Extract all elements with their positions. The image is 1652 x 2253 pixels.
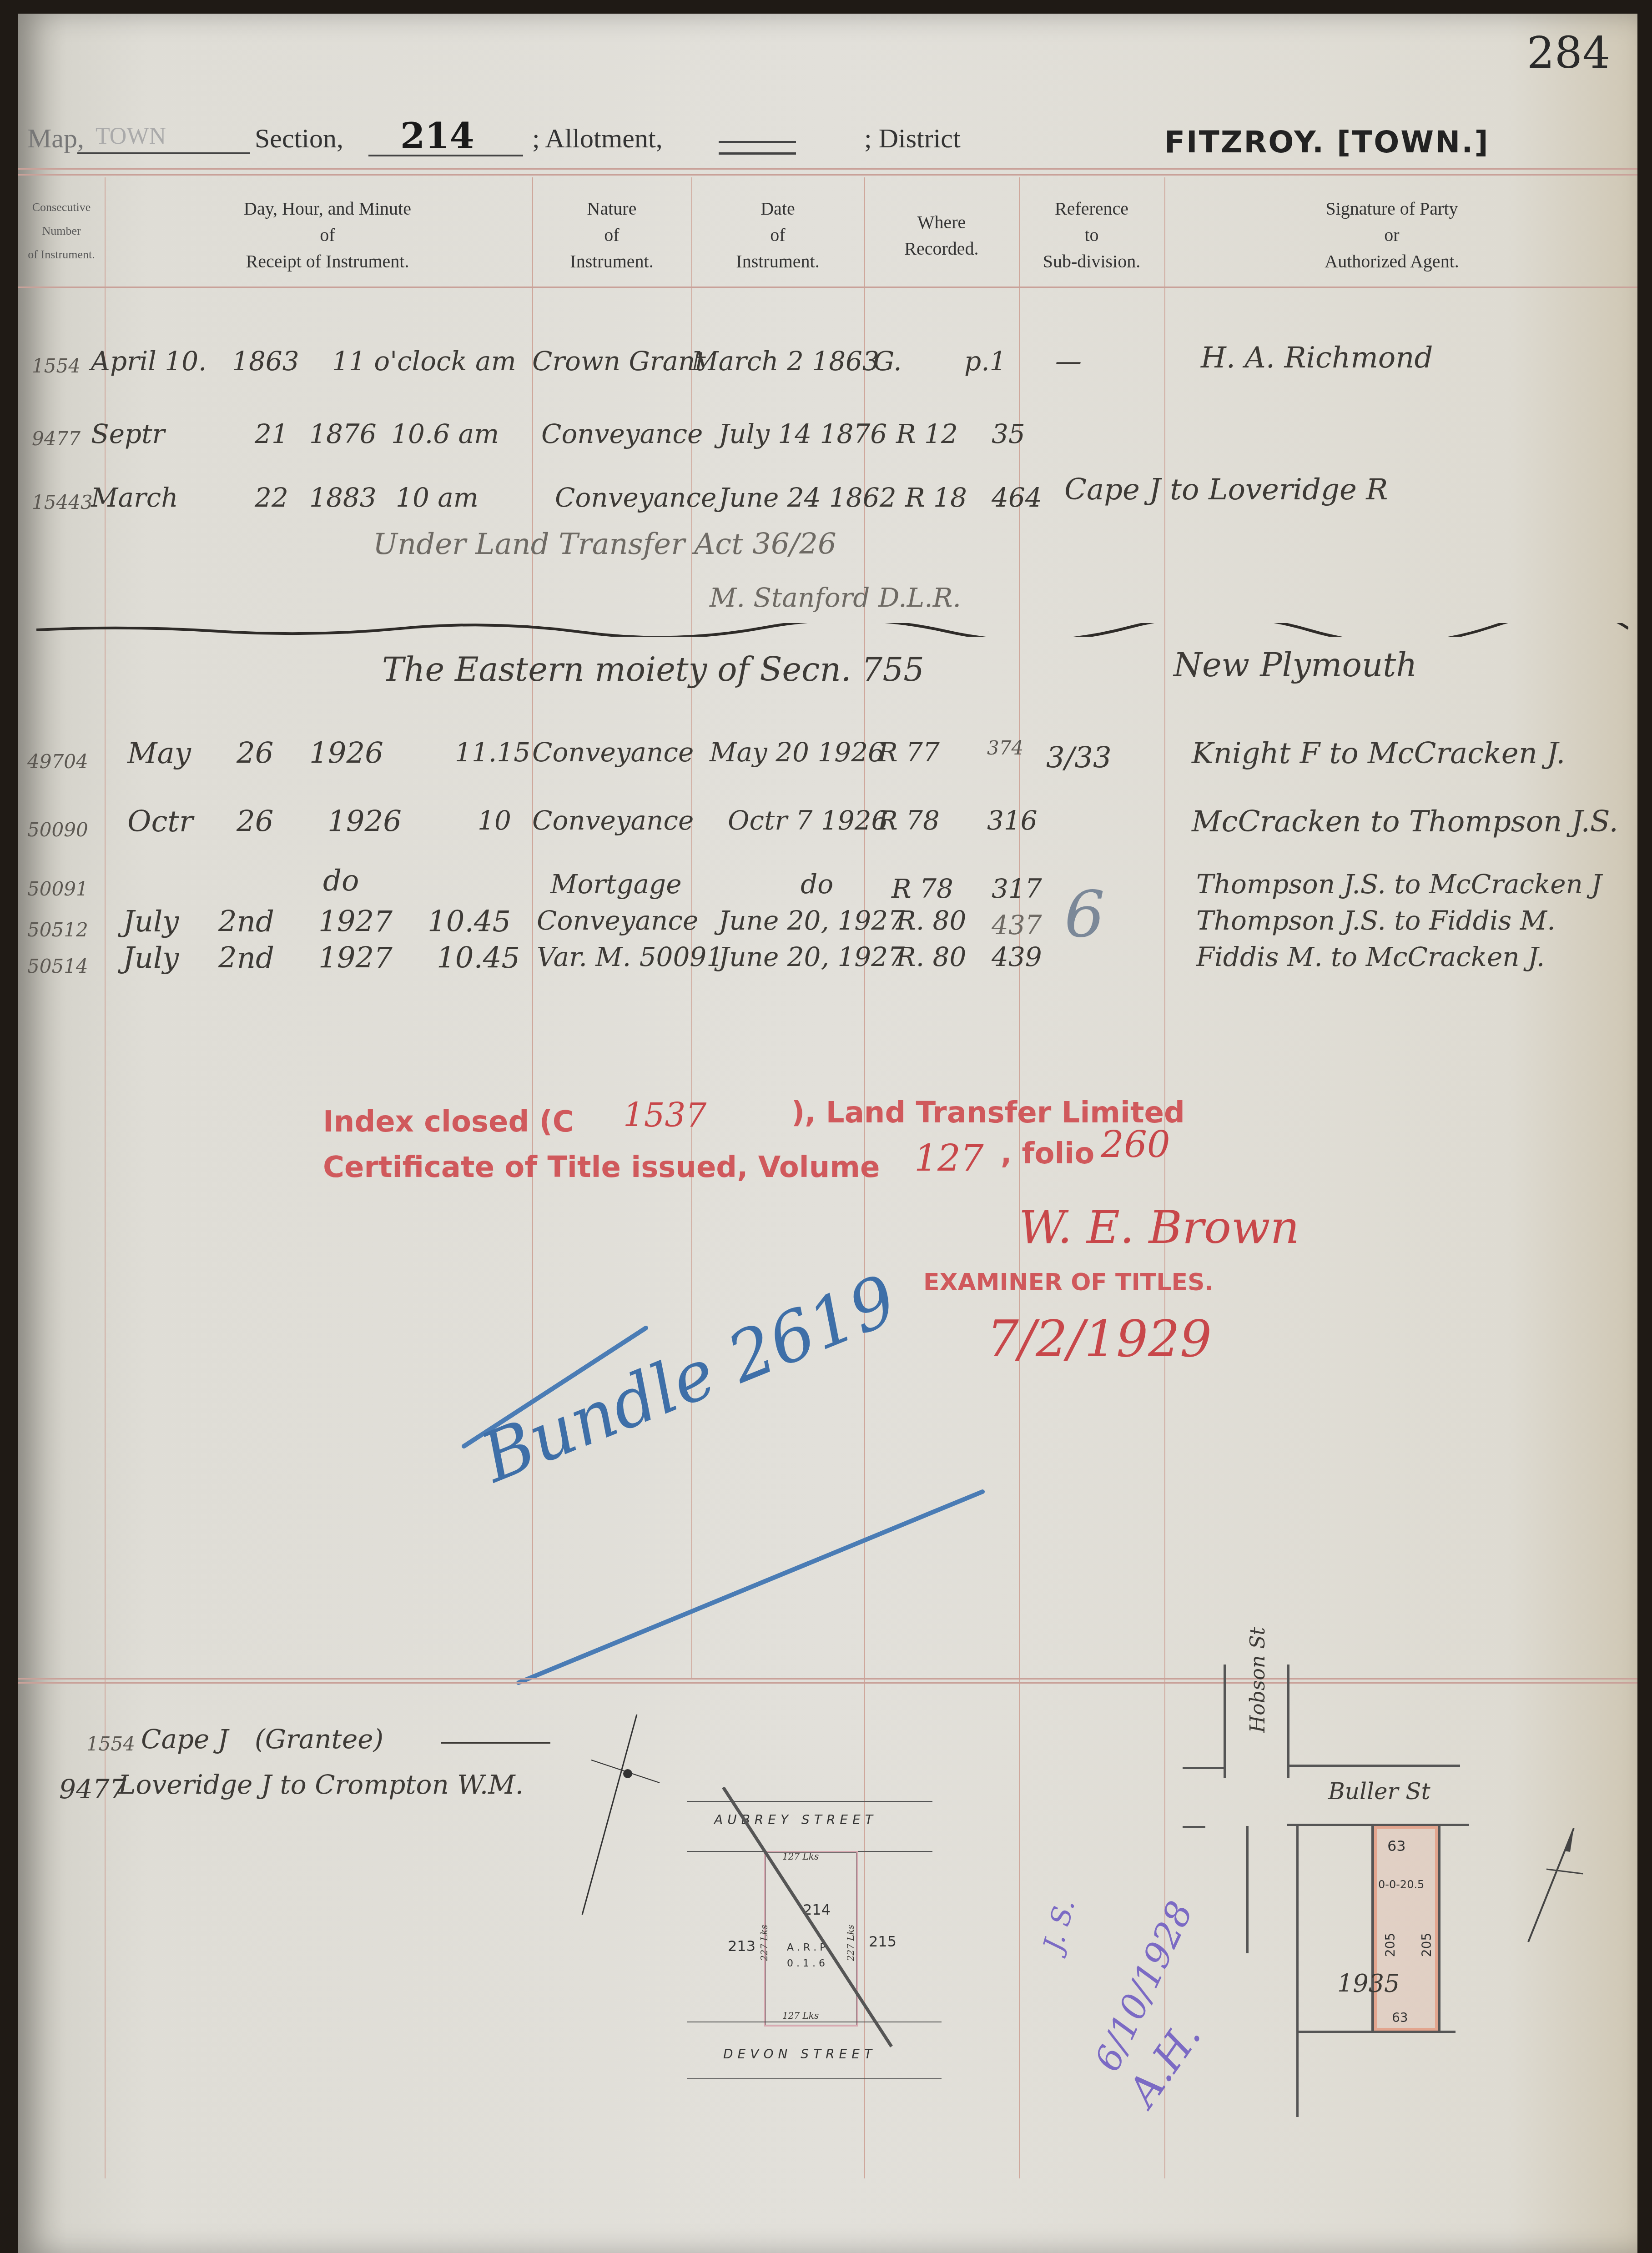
col-divider [1019,177,1020,2178]
col-header-nature: Nature of Instrument. [532,196,691,275]
violet-initials: J. S. [1037,1896,1082,1955]
pencil-circled-number: 6 [1064,878,1105,952]
lta-signature: M. Stanford D.L.R. [710,582,961,613]
section-value: 214 [400,116,474,157]
street-label-hobson: Hobson St [1246,1627,1269,1733]
col-header-number: Consecutive Number of Instrument. [18,196,105,267]
district-label: ; District [864,123,961,154]
allotment-dash-2 [719,152,796,155]
page-header: Map, TOWN Section, 214 ; Allotment, ; Di… [18,109,1637,164]
lot-1935-outline [1371,1826,1440,2031]
moiety-heading: The Eastern moiety of Secn. 755 [382,650,924,689]
bottom-note-dash [441,1742,550,1744]
bottom-note-number: 9477 [59,1774,126,1805]
page-number: 284 [1527,27,1610,78]
header-rule [18,168,1637,176]
column-header-rule [18,287,1637,290]
north-arrow-icon [555,1705,664,1924]
section-label: Section, [255,123,343,154]
lta-note: Under Land Transfer Act 36/26 [373,528,836,561]
bottom-note-number: 1554 [86,1733,135,1755]
col-divider [105,177,106,2178]
allotment-dash-1 [719,141,796,143]
map-value: TOWN [96,123,166,150]
examiner-signature: W. E. Brown [1019,1201,1299,1254]
map-underline [77,152,250,154]
section-underline [368,155,523,156]
col-header-recorded: Where Recorded. [864,209,1019,262]
col-header-signature: Signature of Party or Authorized Agent. [1164,196,1619,275]
bottom-section-rule [18,1678,1637,1684]
allotment-label: ; Allotment, [532,123,663,154]
moiety-place: New Plymouth [1174,646,1417,684]
bottom-note-text: Loveridge J to Crompton W.M. [118,1769,524,1800]
north-arrow-icon [1519,1824,1592,1951]
wavy-divider-line [36,623,1628,637]
cancellation-stroke [719,1787,946,2060]
col-header-receipt: Day, Hour, and Minute of Receipt of Inst… [191,196,464,275]
examiner-title: EXAMINER OF TITLES. [923,1269,1214,1296]
ledger-page: 284 Map, TOWN Section, 214 ; Allotment, … [18,14,1637,2253]
district-value: FITZROY. [TOWN.] [1164,125,1490,160]
bottom-note-paren: (Grantee) [255,1724,383,1755]
street-label-buller: Buller St [1328,1778,1430,1805]
map-label: Map, [27,123,84,154]
col-header-date: Date of Instrument. [691,196,864,275]
col-header-subdivision: Reference to Sub-division. [1019,196,1164,275]
bottom-note-text: Cape J [141,1724,228,1755]
